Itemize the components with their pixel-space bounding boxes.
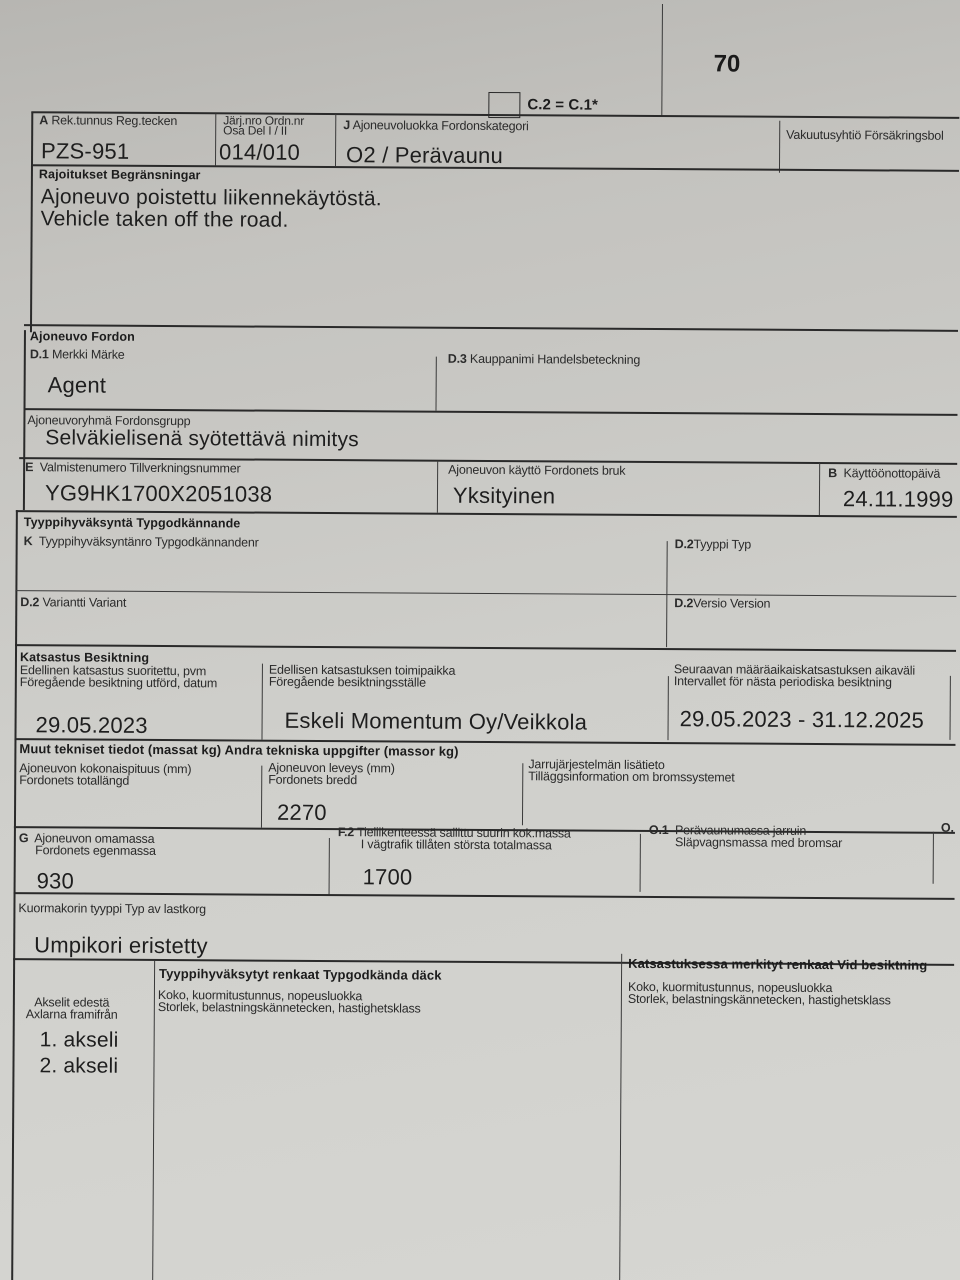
restrictions-text: Ajoneuvo poistettu liikennekäytöstä.Vehi… bbox=[41, 186, 382, 232]
inspected-tyres-title: Katsastuksessa merkityt renkaat Vid besi… bbox=[628, 956, 927, 973]
trailer-mass-label: O.1 Perävaunumassa jarruin Släpvagnsmass… bbox=[649, 824, 842, 849]
cell-divider bbox=[335, 114, 336, 166]
next-inspection-value: 29.05.2023 - 31.12.2025 bbox=[680, 706, 925, 733]
brake-info-label: Jarrujärjestelmän lisätietoTilläggsinfor… bbox=[528, 758, 734, 783]
cell-divider bbox=[435, 357, 436, 411]
width-label: Ajoneuvon leveys (mm)Fordonets bredd bbox=[268, 762, 395, 787]
cell-divider bbox=[437, 461, 438, 513]
cell-divider bbox=[667, 676, 668, 740]
approved-tyres-label: Koko, kuormitustunnus, nopeusluokkaStorl… bbox=[158, 989, 421, 1015]
cell-divider bbox=[779, 121, 780, 173]
body-type-label: Kuormakorin tyyppi Typ av lastkorg bbox=[18, 902, 206, 915]
cell-divider bbox=[215, 113, 216, 165]
axle-2: 2. akseli bbox=[39, 1054, 118, 1078]
registration-certificate-page: 70 C.2 = C.1* A Rek.tunnus Reg.tecken PZ… bbox=[0, 0, 960, 1280]
left-border bbox=[11, 510, 17, 1280]
vin-label: E Valmistenumero Tillverkningsnummer bbox=[25, 461, 240, 474]
inspection-top-border bbox=[15, 644, 956, 652]
next-inspection-label: Seuraavan määräaikaiskatsastuksen aikavä… bbox=[674, 663, 915, 688]
body-top-border bbox=[14, 892, 955, 900]
group-label: Ajoneuvoryhmä Fordonsgrupp bbox=[27, 414, 190, 427]
make-value: Agent bbox=[48, 372, 107, 398]
cell-divider bbox=[522, 763, 523, 825]
axles-label: Akselit edestäAxlarna framifrån bbox=[26, 996, 118, 1021]
category-value: O2 / Perävaunu bbox=[346, 142, 503, 169]
usage-value: Yksityinen bbox=[453, 483, 555, 510]
last-inspection-date-label: Edellinen katsastus suoritettu, pvmFöreg… bbox=[20, 664, 217, 689]
body-type-value: Umpikori eristetty bbox=[34, 932, 208, 959]
own-mass-value: 930 bbox=[37, 868, 74, 894]
make-label: D.1 Merkki Märke bbox=[30, 348, 125, 361]
page-number: 70 bbox=[714, 50, 741, 78]
left-border bbox=[23, 330, 26, 510]
vehicle-top-border bbox=[24, 324, 958, 332]
insurer-label: Vakuutusyhtiö Försäkringsbol bbox=[786, 129, 944, 142]
cell-divider bbox=[949, 676, 950, 740]
category-label: J Ajoneuvoluokka Fordonskategori bbox=[343, 119, 528, 132]
width-value: 2270 bbox=[277, 800, 327, 826]
first-use-label: B Käyttöönottopäivä bbox=[828, 467, 940, 480]
cell-divider bbox=[640, 834, 641, 892]
vehicle-title: Ajoneuvo Fordon bbox=[30, 329, 135, 344]
last-inspection-place-label: Edellisen katsastuksen toimipaikkaFöregå… bbox=[269, 664, 456, 689]
cell-divider bbox=[819, 463, 820, 515]
technical-title: Muut tekniset tiedot (massat kg) Andra t… bbox=[19, 741, 458, 759]
next-cell-code: O. bbox=[941, 822, 954, 834]
vin-value: YG9HK1700X2051038 bbox=[45, 480, 272, 507]
c2-checkbox-label: C.2 = C.1* bbox=[527, 96, 598, 113]
cell-divider bbox=[329, 838, 330, 896]
max-mass-label: F.2 Tieliikenteessä sallittu suurin kok.… bbox=[338, 826, 571, 851]
variant-top-border bbox=[15, 590, 956, 597]
trade-name-label: D.3 Kauppanimi Handelsbeteckning bbox=[448, 353, 640, 366]
usage-label: Ajoneuvon käyttö Fordonets bruk bbox=[448, 464, 625, 477]
own-mass-label: G Ajoneuvon omamassa Fordonets egenmassa bbox=[19, 832, 156, 857]
reg-value: PZS-951 bbox=[41, 138, 129, 165]
max-mass-value: 1700 bbox=[363, 864, 413, 890]
type-label: D.2Tyyppi Typ bbox=[675, 538, 751, 550]
serial-label: Järj.nro Ordn.nrOsa Del I / II bbox=[223, 115, 304, 135]
version-label: D.2Versio Version bbox=[674, 597, 770, 610]
cell-divider bbox=[261, 664, 262, 740]
type-approval-number-label: K Tyyppihyväksyntänro Typgodkännandenr bbox=[24, 535, 259, 548]
reg-label: A Rek.tunnus Reg.tecken bbox=[39, 114, 177, 127]
last-inspection-date-value: 29.05.2023 bbox=[35, 712, 147, 739]
approved-tyres-title: Tyyppihyväksytyt renkaat Typgodkända däc… bbox=[159, 966, 442, 983]
inspected-tyres-label: Koko, kuormitustunnus, nopeusluokkaStorl… bbox=[628, 981, 891, 1007]
variant-label: D.2 Variantti Variant bbox=[20, 596, 126, 609]
serial-value: 014/010 bbox=[219, 139, 300, 165]
cell-divider bbox=[152, 961, 155, 1280]
left-border bbox=[30, 112, 33, 332]
length-label: Ajoneuvon kokonaispituus (mm)Fordonets t… bbox=[19, 762, 191, 787]
type-approval-title: Tyyppihyväksyntä Typgodkännande bbox=[24, 515, 241, 530]
first-use-value: 24.11.1999 bbox=[843, 486, 954, 513]
axle-1: 1. akseli bbox=[40, 1028, 119, 1052]
restrictions-title: Rajoitukset Begränsningar bbox=[39, 167, 201, 182]
cell-divider bbox=[619, 954, 622, 1280]
last-inspection-place-value: Eskeli Momentum Oy/Veikkola bbox=[285, 708, 588, 736]
cell-divider bbox=[933, 832, 934, 884]
cell-divider bbox=[261, 766, 262, 828]
top-divider bbox=[661, 4, 663, 116]
group-value: Selväkielisenä syötettävä nimitys bbox=[45, 426, 359, 452]
